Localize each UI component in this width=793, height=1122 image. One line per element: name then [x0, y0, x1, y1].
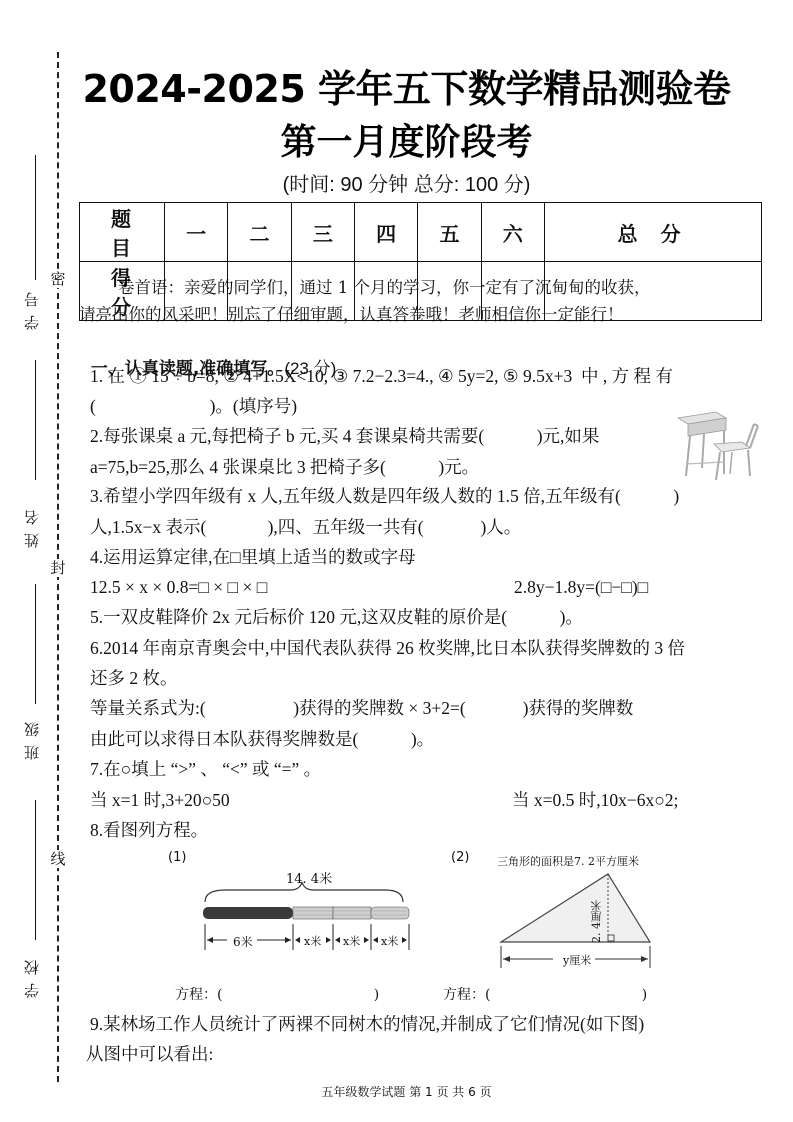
- school-label: 学校: [22, 950, 40, 1000]
- question-6-line-3: 等量关系式为:( )获得的奖牌数 × 3+2=( )获得的奖牌数: [90, 696, 633, 720]
- question-2-line-2: a=75,b=25,那么 4 张课桌比 3 把椅子多( )元。: [90, 455, 479, 479]
- intro-line-1: 卷首语：亲爱的同学们，通过 1 个月的学习，你一定有了沉甸甸的收获，: [118, 276, 651, 300]
- score-col-label: 题 目: [80, 203, 165, 262]
- question-3-line-2: 人,1.5x−x 表示( ),四、五年级一共有( )人。: [90, 515, 521, 539]
- diagram-1-known-segment: 6米: [233, 933, 253, 950]
- question-8: 8.看图列方程。: [90, 818, 208, 842]
- question-6-line-2: 还多 2 枚。: [90, 666, 178, 690]
- question-3-line-1: 3.希望小学四年级有 x 人,五年级人数是四年级人数的 1.5 倍,五年级有( …: [90, 484, 679, 508]
- exam-subtitle: 第一月度阶段考: [0, 114, 793, 165]
- score-table-header-row: 题 目 一 二 三 四 五 六 总 分: [80, 203, 762, 262]
- name-line[interactable]: [35, 584, 36, 704]
- diagram-2-label: (2): [451, 850, 469, 865]
- score-col-4: 四: [354, 203, 417, 262]
- question-7-right: 当 x=0.5 时,10x−6x○2;: [512, 788, 678, 812]
- score-col-6: 六: [481, 203, 544, 262]
- seal-word-feng: 封: [49, 559, 67, 577]
- score-col-3: 三: [291, 203, 354, 262]
- question-7-line-1: 7.在○填上 “>” 、 “<” 或 “=” 。: [90, 757, 321, 781]
- question-6-line-4: 由此可以求得日本队获得奖牌数是( )。: [90, 727, 434, 751]
- student-id-label: 学号: [22, 282, 40, 332]
- diagram-1-equation-blank[interactable]: 方程：( ): [175, 984, 379, 1004]
- exam-time-score: (时间: 90 分钟 总分: 100 分): [0, 168, 793, 197]
- desk-chair-image: [670, 404, 762, 484]
- question-1-line-2: ( )。(填序号): [90, 394, 297, 418]
- score-col-total: 总 分: [544, 203, 761, 262]
- question-7-left: 当 x=1 时,3+20○50: [90, 788, 230, 812]
- seal-word-xian: 线: [49, 850, 67, 868]
- score-col-2: 二: [228, 203, 291, 262]
- diagram-2-caption: 三角形的面积是7. 2平方厘米: [497, 853, 639, 869]
- score-col-5: 五: [418, 203, 481, 262]
- diagram-1-label: (1): [168, 850, 186, 865]
- score-col-1: 一: [165, 203, 228, 262]
- diagram-1-x-segment-3: x米: [381, 933, 398, 949]
- diagram-2-base: y厘米: [563, 952, 591, 968]
- student-id-line-2: [35, 360, 36, 480]
- diagram-2-height: 2. 4厘米: [589, 900, 605, 943]
- question-5: 5.一双皮鞋降价 2x 元后标价 120 元,这双皮鞋的原价是( )。: [90, 605, 583, 629]
- diagram-1-x-segment-1: x米: [304, 933, 321, 949]
- name-label: 姓名: [22, 500, 40, 550]
- question-9-line-2: 从图中可以看出:: [86, 1042, 213, 1066]
- class-line[interactable]: [35, 800, 36, 940]
- seal-word-mi: 密: [49, 270, 67, 288]
- exam-title: 2024-2025 学年五下数学精品测验卷: [0, 58, 793, 113]
- question-4-left: 12.5 × x × 0.8=□ × □ × □: [90, 575, 267, 599]
- question-9-line-1: 9.某林场工作人员统计了两裸不同树木的情况,并制成了它们情况(如下图): [90, 1012, 644, 1036]
- page-footer: 五年级数学试题 第 1 页 共 6 页: [0, 1083, 793, 1100]
- question-1-line-1: 1. 在 ① 15 ÷ b=8, ② 4+1.5X<10, ③ 7.2−2.3=…: [90, 364, 673, 388]
- question-4-line-1: 4.运用运算定律,在□里填上适当的数或字母: [90, 545, 416, 569]
- question-6-line-1: 6.2014 年南京青奥会中,中国代表队获得 26 枚奖牌,比日本队获得奖牌数的…: [90, 636, 685, 660]
- intro-line-2: 请亮出你的风采吧！别忘了仔细审题，认真答卷哦！老师相信你一定能行！: [79, 303, 624, 327]
- class-label: 班级: [22, 712, 40, 762]
- diagram-1-x-segment-2: x米: [343, 933, 360, 949]
- question-4-right: 2.8y−1.8y=(□−□)□: [514, 575, 648, 599]
- diagram-2-equation-blank[interactable]: 方程：( ): [443, 984, 647, 1004]
- question-2-line-1: 2.每张课桌 a 元,每把椅子 b 元,买 4 套课桌椅共需要( )元,如果: [90, 424, 599, 448]
